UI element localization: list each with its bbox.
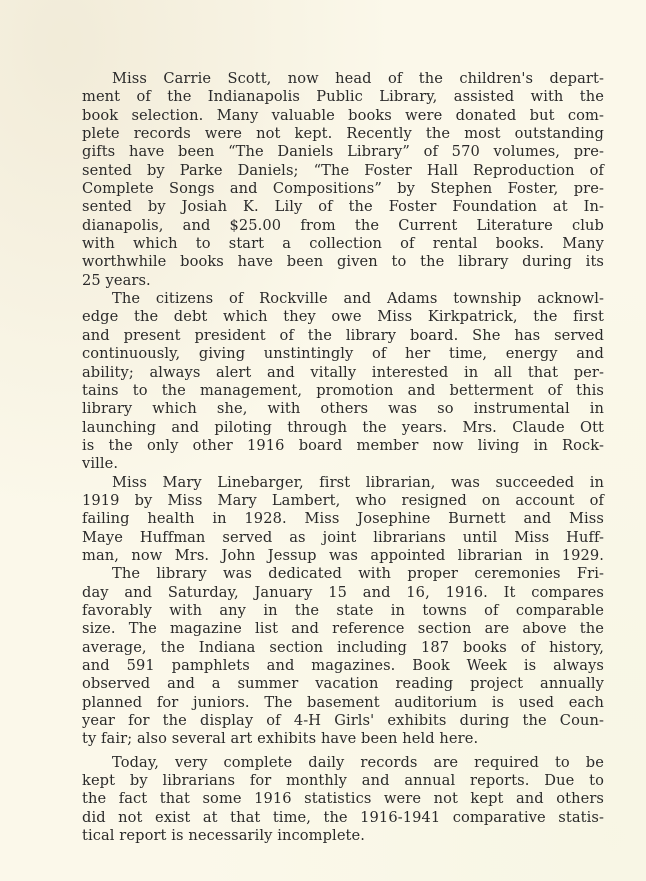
text-line: and 591 pamphlets and magazines. Book We…: [82, 657, 604, 675]
text-line: the fact that some 1916 statistics were …: [82, 790, 604, 808]
text-line: average, the Indiana section including 1…: [82, 639, 604, 657]
paragraph-records: Today, very complete daily records are r…: [82, 754, 604, 846]
text-line: Miss Mary Linebarger, first librarian, w…: [82, 474, 604, 492]
scanned-page: Miss Carrie Scott, now head of the child…: [0, 0, 646, 881]
text-line: day and Saturday, January 15 and 16, 191…: [82, 584, 604, 602]
text-line: worthwhile books have been given to the …: [82, 253, 604, 271]
text-line: sented by Josiah K. Lily of the Foster F…: [82, 198, 604, 216]
text-line: Today, very complete daily records are r…: [82, 754, 604, 772]
text-line: is the only other 1916 board member now …: [82, 437, 604, 455]
paragraph-library-board: The citizens of Rockville and Adams town…: [82, 290, 604, 473]
text-line: sented by Parke Daniels; “The Foster Hal…: [82, 162, 604, 180]
text-line: man, now Mrs. John Jessup was appointed …: [82, 547, 604, 565]
paragraph-book-selection: Miss Carrie Scott, now head of the child…: [82, 70, 604, 290]
text-line: with which to start a collection of rent…: [82, 235, 604, 253]
text-line: book selection. Many valuable books were…: [82, 107, 604, 125]
text-line: tical report is necessarily incomplete.: [82, 827, 604, 845]
paragraph-librarians: Miss Mary Linebarger, first librarian, w…: [82, 474, 604, 566]
paragraph-dedication: The library was dedicated with proper ce…: [82, 565, 604, 748]
text-line: The citizens of Rockville and Adams town…: [82, 290, 604, 308]
text-line: library which she, with others was so in…: [82, 400, 604, 418]
text-line: ty fair; also several art exhibits have …: [82, 730, 604, 748]
text-line: Maye Huffman served as joint librarians …: [82, 529, 604, 547]
text-line: The library was dedicated with proper ce…: [82, 565, 604, 583]
text-line: ment of the Indianapolis Public Library,…: [82, 88, 604, 106]
text-line: observed and a summer vacation reading p…: [82, 675, 604, 693]
text-line: kept by librarians for monthly and annua…: [82, 772, 604, 790]
text-line: continuously, giving unstintingly of her…: [82, 345, 604, 363]
text-line: edge the debt which they owe Miss Kirkpa…: [82, 308, 604, 326]
text-line: failing health in 1928. Miss Josephine B…: [82, 510, 604, 528]
text-line: tains to the management, promotion and b…: [82, 382, 604, 400]
text-line: year for the display of 4-H Girls' exhib…: [82, 712, 604, 730]
text-line: 1919 by Miss Mary Lambert, who resigned …: [82, 492, 604, 510]
text-line: dianapolis, and $25.00 from the Current …: [82, 217, 604, 235]
text-line: Miss Carrie Scott, now head of the child…: [82, 70, 604, 88]
text-line: gifts have been “The Daniels Library” of…: [82, 143, 604, 161]
text-line: launching and piloting through the years…: [82, 419, 604, 437]
text-line: plete records were not kept. Recently th…: [82, 125, 604, 143]
text-line: ability; always alert and vitally intere…: [82, 364, 604, 382]
text-line: did not exist at that time, the 1916-194…: [82, 809, 604, 827]
document-body: Miss Carrie Scott, now head of the child…: [82, 70, 604, 845]
text-line: and present president of the library boa…: [82, 327, 604, 345]
text-line: size. The magazine list and reference se…: [82, 620, 604, 638]
text-line: 25 years.: [82, 272, 604, 290]
text-line: planned for juniors. The basement audito…: [82, 694, 604, 712]
text-line: Complete Songs and Compositions” by Step…: [82, 180, 604, 198]
text-line: ville.: [82, 455, 604, 473]
text-line: favorably with any in the state in towns…: [82, 602, 604, 620]
